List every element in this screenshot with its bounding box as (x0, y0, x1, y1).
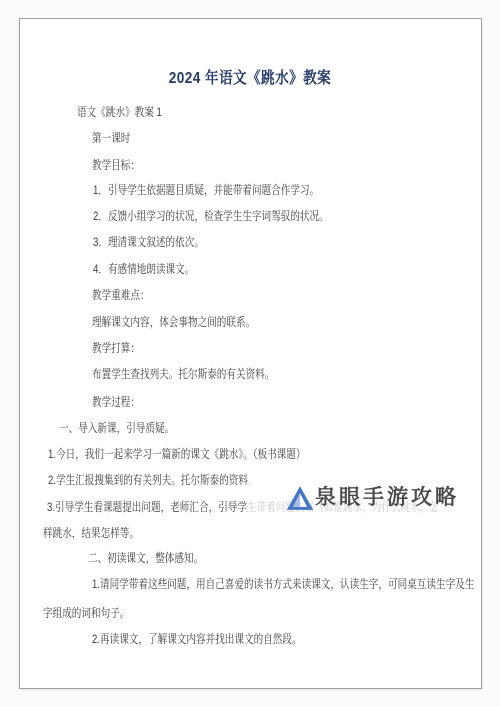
text-line: 第一课时 (92, 132, 130, 145)
text-line: 布置学生查找列夫。托尔斯泰的有关资料。 (92, 368, 274, 381)
text-line: 2.学生汇报搜集到的有关列夫。托尔斯泰的资料。 (48, 474, 258, 487)
screenshot-canvas: 2024 年语文《跳水》教案 语文《跳水》教案 1 第一课时 教学目标： 1．引… (0, 0, 500, 707)
watermark-text: 泉眼手游攻略 (315, 481, 459, 511)
text-line: 1.今日，我们一起来学习一篇新的课文《跳水》。（板书课题） (48, 448, 306, 461)
text-line: 4．有感情地朗读课文。 (93, 263, 194, 276)
text-line: 2.再读课文，了解课文内容并找出课文的自然段。 (92, 633, 302, 646)
text-line: 教学打算： (92, 342, 140, 355)
watermark-logo-icon (286, 485, 314, 512)
text-line: 二、初读课文，整体感知。 (88, 552, 203, 565)
text-line: 1．引导学生依据题目质疑，并能带着问题合作学习。 (93, 184, 319, 197)
text-line: 教学重难点： (92, 289, 150, 302)
text-line: 3．理清课文叙述的依次。 (93, 236, 204, 249)
text-line: 1.请同学带着这些问题，用自己喜爱的读书方式来读课文，认读生字，可同桌互读生字及… (92, 578, 474, 591)
text-line: 2．反馈小组学习的状况，检查学生生字词驾驭的状况。 (93, 210, 329, 223)
text-line: 教学过程： (92, 396, 140, 409)
text-line: 理解课文内容，体会事物之间的联系。 (92, 316, 255, 329)
text-line: 教学目标： (92, 159, 140, 172)
document-title: 2024 年语文《跳水》教案 (38, 65, 463, 88)
text-line: 语文《跳水》教案 1 (77, 106, 162, 119)
text-line: 一、导入新课，引导质疑。 (59, 422, 174, 435)
text-line: 字组成的词和句子。 (43, 607, 129, 620)
text-line: 样跳水，结果怎样等。 (43, 527, 139, 540)
